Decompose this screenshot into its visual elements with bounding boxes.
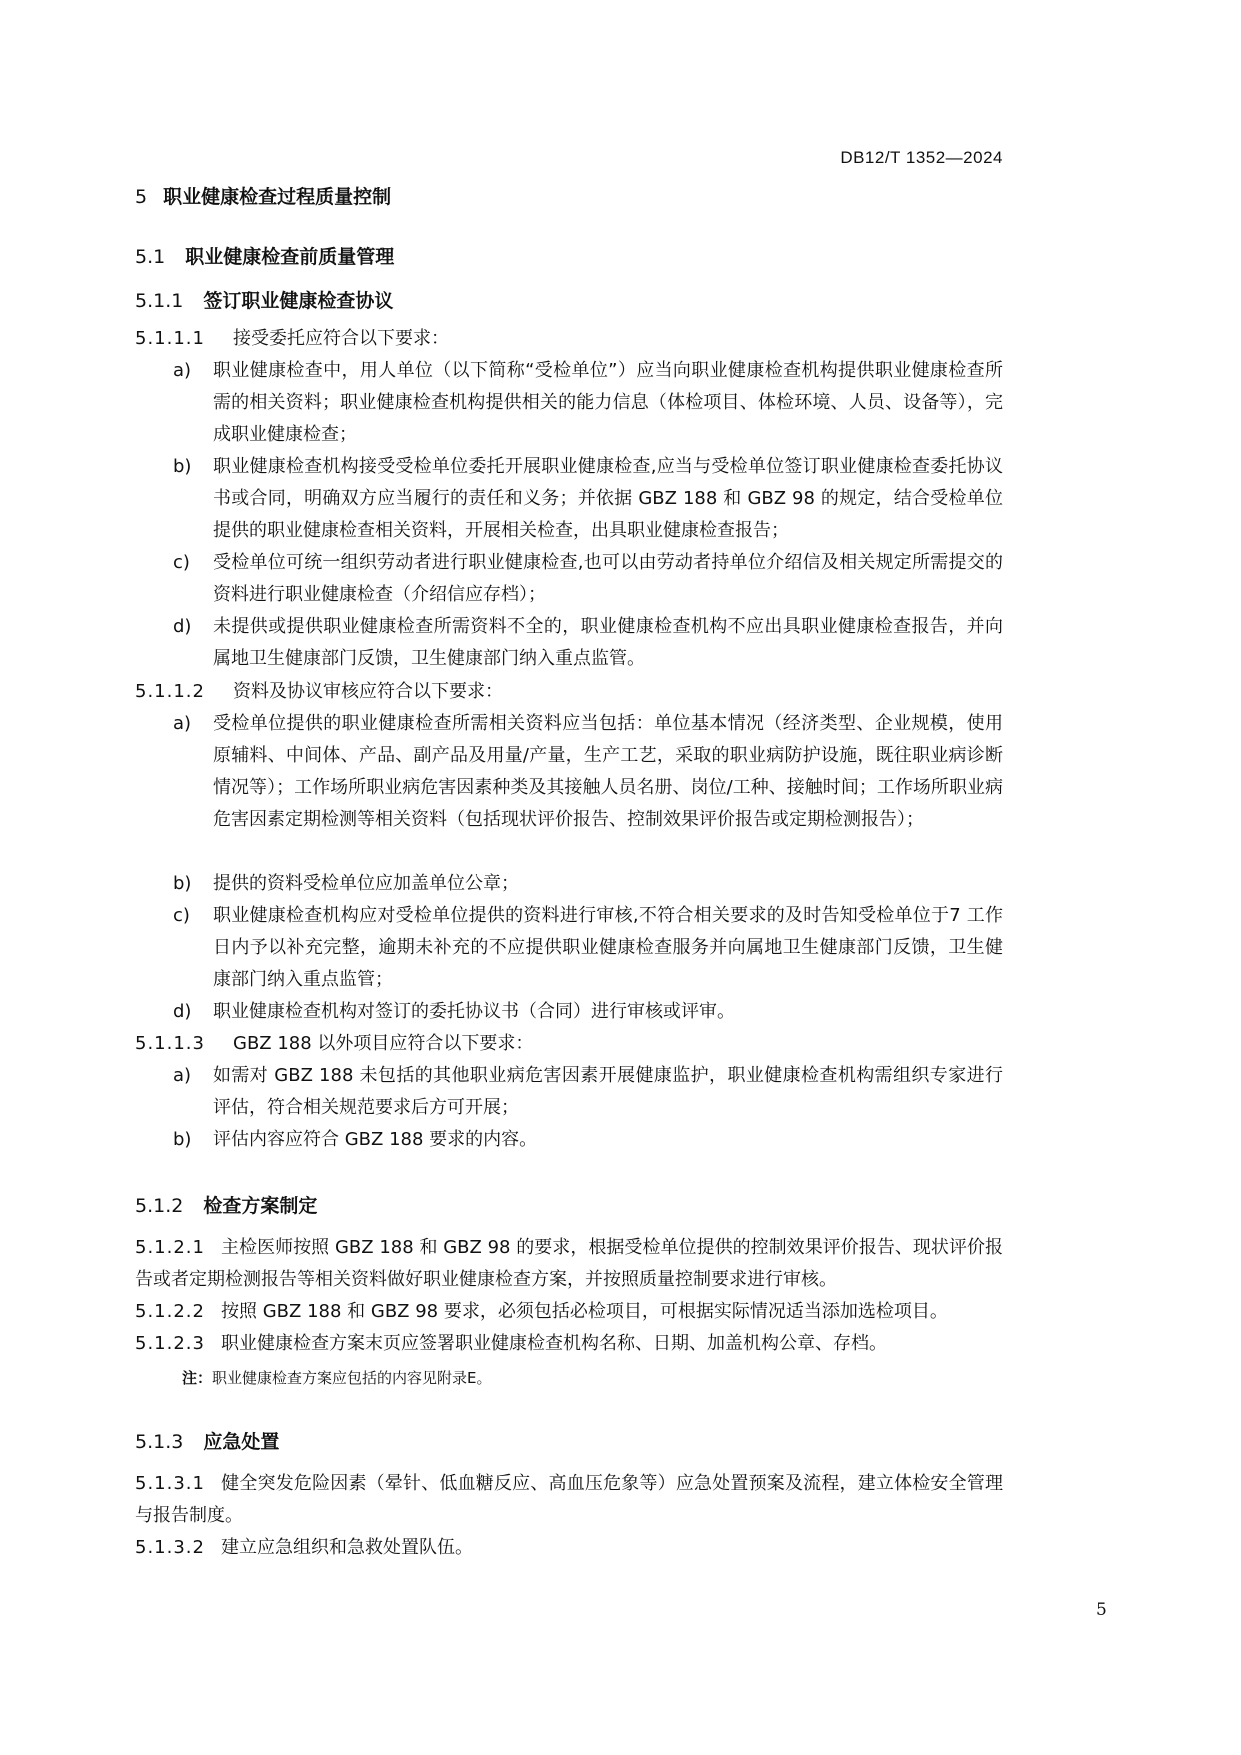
list-marker: d) — [173, 996, 191, 1028]
section-number: 5.1 — [135, 246, 165, 268]
list-marker: a) — [173, 355, 191, 387]
clause-5-1-2-1: 5.1.2.1主检医师按照 GBZ 188 和 GBZ 98 的要求，根据受检单… — [135, 1232, 1003, 1296]
list-marker: c) — [173, 900, 190, 932]
section-title: 签订职业健康检查协议 — [203, 290, 393, 312]
clause-title: GBZ 188 以外项目应符合以下要求： — [233, 1033, 533, 1054]
list-text: 提供的资料受检单位应加盖单位公章； — [213, 868, 1003, 900]
section-heading-5-1: 5.1职业健康检查前质量管理 — [135, 242, 394, 269]
clause-title: 接受委托应符合以下要求： — [233, 328, 449, 349]
list-text: 如需对 GBZ 188 未包括的其他职业病危害因素开展健康监护，职业健康检查机构… — [213, 1060, 1003, 1124]
section-title: 检查方案制定 — [203, 1195, 317, 1217]
clause-number: 5.1.2.3 — [135, 1328, 221, 1360]
section-heading-5-1-1: 5.1.1签订职业健康检查协议 — [135, 286, 393, 313]
clause-title: 资料及协议审核应符合以下要求： — [233, 681, 503, 702]
list-text: 职业健康检查机构对签订的委托协议书（合同）进行审核或评审。 — [213, 996, 1003, 1028]
clause-number: 5.1.2.2 — [135, 1296, 221, 1328]
list-marker: b) — [173, 451, 191, 483]
clause-5-1-2-3: 5.1.2.3职业健康检查方案末页应签署职业健康检查机构名称、日期、加盖机构公章… — [135, 1328, 1003, 1360]
note: 注：职业健康检查方案应包括的内容见附录E。 — [182, 1367, 492, 1388]
clause-number: 5.1.1.3 — [135, 1028, 233, 1060]
clause-number: 5.1.1.2 — [135, 676, 233, 708]
list-marker: d) — [173, 611, 191, 643]
page-number: 5 — [1096, 1600, 1107, 1620]
section-number: 5.1.2 — [135, 1195, 183, 1217]
section-number: 5.1.1 — [135, 290, 183, 312]
note-label: 注： — [182, 1369, 212, 1387]
list-marker: a) — [173, 708, 191, 740]
clause-text: 主检医师按照 GBZ 188 和 GBZ 98 的要求，根据受检单位提供的控制效… — [135, 1237, 1003, 1290]
list-text: 评估内容应符合 GBZ 188 要求的内容。 — [213, 1124, 1003, 1156]
section-number: 5 — [135, 186, 147, 208]
list-text: 职业健康检查中，用人单位（以下简称“受检单位”）应当向职业健康检查机构提供职业健… — [213, 355, 1003, 451]
section-title: 应急处置 — [203, 1431, 279, 1453]
section-title: 职业健康检查过程质量控制 — [163, 186, 391, 208]
clause-5-1-2-2: 5.1.2.2按照 GBZ 188 和 GBZ 98 要求，必须包括必检项目，可… — [135, 1296, 1003, 1328]
clause-5-1-1-1: 5.1.1.1接受委托应符合以下要求： — [135, 323, 1003, 355]
list-text: 职业健康检查机构应对受检单位提供的资料进行审核,不符合相关要求的及时告知受检单位… — [213, 900, 1003, 996]
section-heading-5: 5职业健康检查过程质量控制 — [135, 182, 391, 209]
clause-text: 建立应急组织和急救处置队伍。 — [221, 1537, 473, 1558]
clause-5-1-3-2: 5.1.3.2建立应急组织和急救处置队伍。 — [135, 1532, 1003, 1564]
document-page: DB12/T 1352—2024 5职业健康检查过程质量控制 5.1职业健康检查… — [0, 0, 1241, 1755]
list-text: 职业健康检查机构接受受检单位委托开展职业健康检查,应当与受检单位签订职业健康检查… — [213, 451, 1003, 547]
list-text: 受检单位提供的职业健康检查所需相关资料应当包括：单位基本情况（经济类型、企业规模… — [213, 708, 1003, 836]
list-marker: a) — [173, 1060, 191, 1092]
list-marker: b) — [173, 1124, 191, 1156]
clause-number: 5.1.1.1 — [135, 323, 233, 355]
list-marker: c) — [173, 547, 190, 579]
clause-text: 健全突发危险因素（晕针、低血糖反应、高血压危象等）应急处置预案及流程，建立体检安… — [135, 1473, 1003, 1526]
clause-text: 职业健康检查方案末页应签署职业健康检查机构名称、日期、加盖机构公章、存档。 — [221, 1333, 887, 1354]
document-id-header: DB12/T 1352—2024 — [840, 148, 1003, 168]
clause-number: 5.1.3.1 — [135, 1468, 221, 1500]
clause-5-1-3-1: 5.1.3.1健全突发危险因素（晕针、低血糖反应、高血压危象等）应急处置预案及流… — [135, 1468, 1003, 1532]
clause-5-1-1-3: 5.1.1.3GBZ 188 以外项目应符合以下要求： — [135, 1028, 1003, 1060]
clause-number: 5.1.2.1 — [135, 1232, 221, 1264]
clause-5-1-1-2: 5.1.1.2资料及协议审核应符合以下要求： — [135, 676, 1003, 708]
list-text: 受检单位可统一组织劳动者进行职业健康检查,也可以由劳动者持单位介绍信及相关规定所… — [213, 547, 1003, 611]
note-text: 职业健康检查方案应包括的内容见附录E。 — [212, 1369, 491, 1387]
clause-text: 按照 GBZ 188 和 GBZ 98 要求，必须包括必检项目，可根据实际情况适… — [221, 1301, 948, 1322]
section-number: 5.1.3 — [135, 1431, 183, 1453]
section-heading-5-1-2: 5.1.2检查方案制定 — [135, 1191, 317, 1218]
section-title: 职业健康检查前质量管理 — [185, 246, 394, 268]
section-heading-5-1-3: 5.1.3应急处置 — [135, 1427, 279, 1454]
clause-number: 5.1.3.2 — [135, 1532, 221, 1564]
list-marker: b) — [173, 868, 191, 900]
list-text: 未提供或提供职业健康检查所需资料不全的，职业健康检查机构不应出具职业健康检查报告… — [213, 611, 1003, 675]
